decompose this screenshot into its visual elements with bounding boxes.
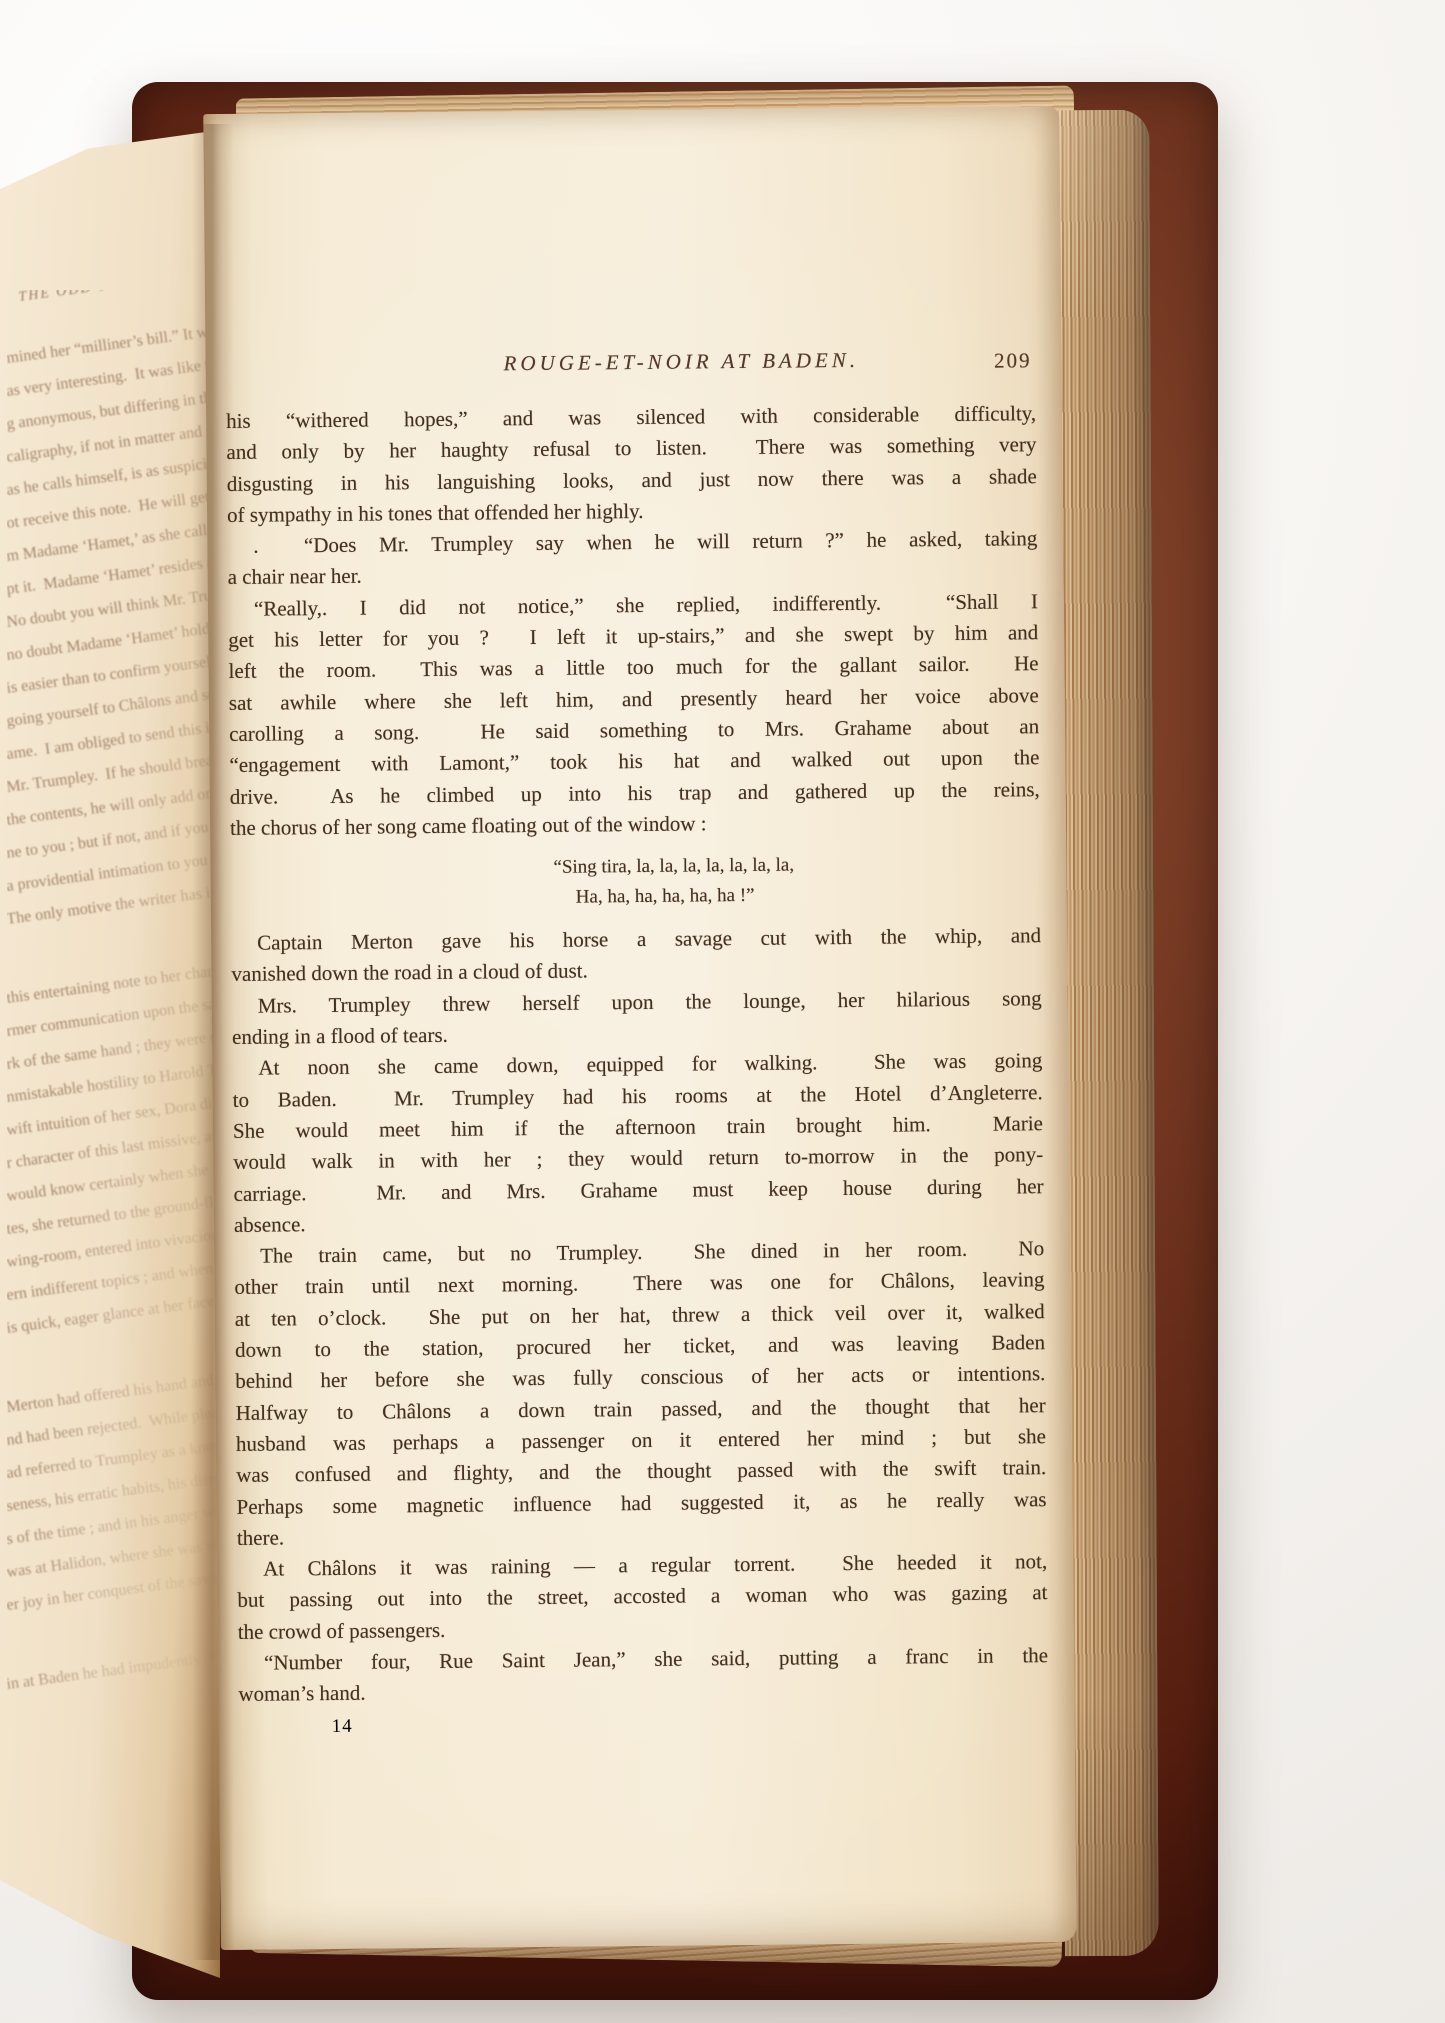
paragraph: “Number four, Rue Saint Jean,” she said,… xyxy=(238,1640,1049,1710)
paragraph: his “withered hopes,” and was silenced w… xyxy=(226,398,1037,531)
right-page: ROUGE-ET-NOIR AT BADEN. 209 his “withere… xyxy=(203,106,1077,1950)
verse: “Sing tira, la, la, la, la, la, la, la,H… xyxy=(553,848,1041,913)
left-page: THE ODD TRUMP. mined her “milliner’s bil… xyxy=(0,130,220,1978)
paragraph: At Châlons it was raining — a regular to… xyxy=(237,1546,1048,1648)
text-block: his “withered hopes,” and was silenced w… xyxy=(226,398,1048,1710)
text-line: Ha, ha, ha, ha, ha, ha !” xyxy=(554,878,1041,913)
paragraph: “Really,. I did not notice,” she replied… xyxy=(228,586,1040,844)
paragraph: The train came, but no Trumpley. She din… xyxy=(234,1233,1047,1554)
signature-mark: 14 xyxy=(332,1708,1075,1737)
running-header: ROUGE-ET-NOIR AT BADEN. 209 xyxy=(232,346,1036,388)
paragraph: Captain Merton gave his horse a savage c… xyxy=(231,920,1042,990)
book-photograph: THE ODD TRUMP. mined her “milliner’s bil… xyxy=(0,0,1445,2023)
paragraph: Mrs. Trumpley threw herself upon the lou… xyxy=(232,983,1043,1053)
paragraph: At noon she came down, equipped for walk… xyxy=(232,1045,1044,1241)
text-line: the chorus of her song came floating out… xyxy=(230,805,1040,844)
page-number: 209 xyxy=(994,348,1032,373)
paragraph: . “Does Mr. Trumpley say when he will re… xyxy=(227,523,1038,593)
text-line: “Sing tira, la, la, la, la, la, la, la, xyxy=(553,848,1040,883)
text-line: woman’s hand. xyxy=(238,1671,1048,1710)
chapter-title: ROUGE-ET-NOIR AT BADEN. xyxy=(503,348,859,376)
